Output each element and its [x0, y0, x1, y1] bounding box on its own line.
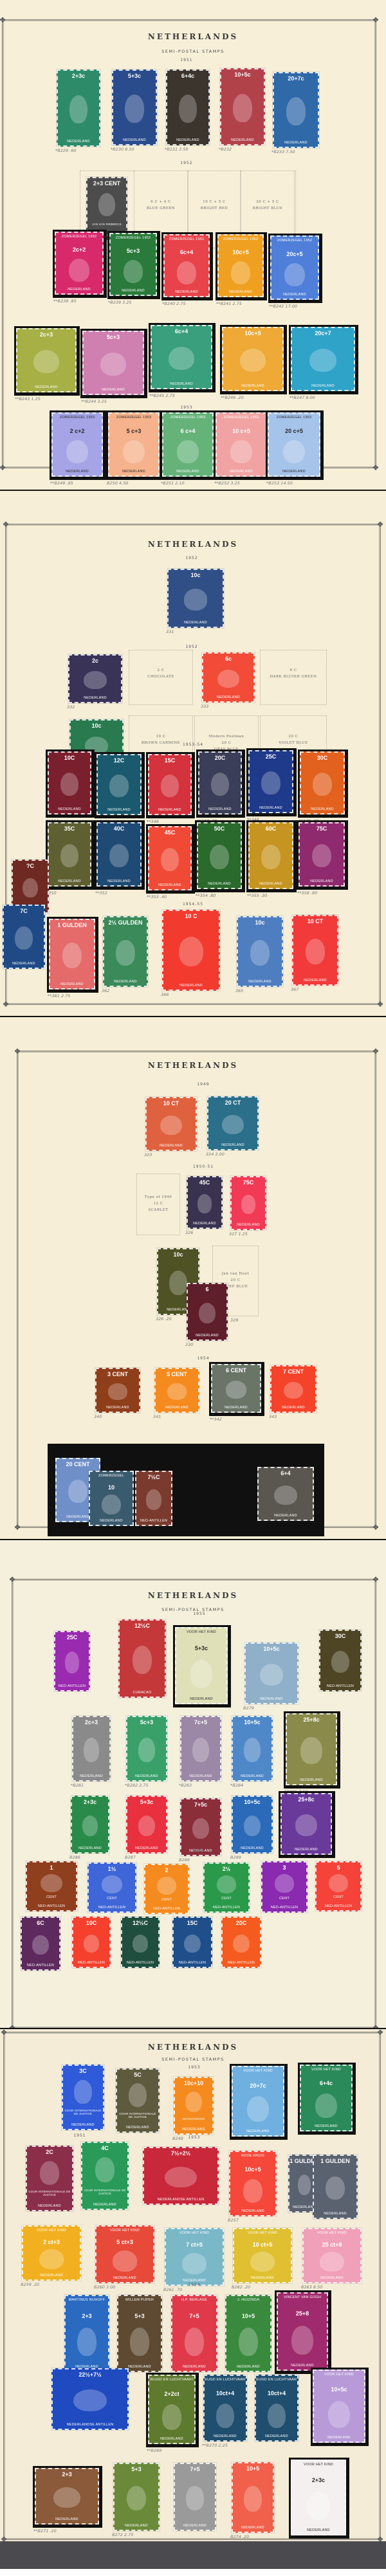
- stamp-portrait-icon: [217, 1875, 236, 1893]
- page-separator: [0, 2028, 386, 2029]
- catalogue-note: B260 3.00: [94, 2285, 115, 2290]
- stamp[interactable]: 6+4cNEDERLAND: [166, 69, 210, 145]
- stamp-denomination: 45C: [165, 827, 176, 836]
- stamp[interactable]: 10 ct+5VOOR HET KINDNEDERLAND: [233, 2228, 292, 2283]
- stamp[interactable]: 6CNED-ANTILLEN: [21, 1917, 60, 1971]
- stamp[interactable]: 5+3NEDERLAND: [113, 2463, 160, 2531]
- catalogue-note: **342: [210, 1417, 222, 1422]
- stamp-portrait-icon: [138, 1816, 155, 1837]
- stamp[interactable]: 5 CENTNEDERLAND: [154, 1368, 199, 1413]
- stamp[interactable]: 2+3NEDERLAND: [35, 2468, 99, 2525]
- stamp-portrait-icon: [244, 1816, 261, 1837]
- stamp-country: NED-ANTILLEN: [59, 1684, 86, 1690]
- stamp[interactable]: 10 CTNEDERLAND: [145, 1097, 197, 1151]
- stamp[interactable]: 12½CCURACAO: [118, 1619, 166, 1698]
- stamp-denomination: 50C: [214, 823, 225, 832]
- stamp[interactable]: 7 CENTNEDERLAND: [270, 1365, 317, 1413]
- stamp[interactable]: 5c+3NEDERLAND: [82, 331, 144, 395]
- stamp-portrait-icon: [198, 1194, 212, 1213]
- stamp-country: NEDERLAND: [183, 2524, 207, 2530]
- stamp[interactable]: 75CNEDERLAND: [299, 822, 345, 887]
- stamp-portrait-icon: [233, 1935, 250, 1953]
- catalogue-note: *B284: [230, 1783, 243, 1788]
- stamp[interactable]: 7CNEDERLAND: [3, 905, 45, 969]
- stamp-portrait-icon: [286, 97, 306, 125]
- stamp[interactable]: 2CENTNED-ANTILLEN: [144, 1864, 189, 1914]
- stamp-country: NEDERLAND: [295, 1848, 318, 1854]
- stamp-portrait-icon: [184, 1935, 201, 1953]
- space-denomination: 2 C: [129, 667, 193, 674]
- stamp[interactable]: 7c+5NEDERLAND: [180, 1716, 221, 1781]
- stamp[interactable]: 2+3cNEDERLAND: [57, 69, 100, 147]
- stamp[interactable]: 2c+3NEDERLAND: [72, 1716, 111, 1781]
- stamp-country: NEDERLAND: [58, 807, 81, 813]
- page-title: NETHERLANDS: [0, 1061, 386, 1070]
- stamp[interactable]: 5CENTNED-ANTILLEN: [315, 1861, 362, 1911]
- catalogue-note: 324 2.00: [206, 1152, 225, 1157]
- page-title: NETHERLANDS: [0, 2043, 386, 2052]
- stamp[interactable]: 12½CNED-ANTILLEN: [121, 1917, 160, 1968]
- stamp[interactable]: 25+8cNEDERLAND: [280, 1793, 332, 1855]
- stamp[interactable]: 10c+5ZOMERZEGEL 1952NEDERLAND: [217, 234, 264, 297]
- catalogue-note: B288: [179, 1857, 190, 1863]
- stamp[interactable]: 25+8cNEDERLAND: [286, 1713, 337, 1785]
- stamp-country: NEDERLAND: [304, 979, 327, 984]
- stamp[interactable]: 1 GULDENNEDERLAND: [49, 919, 95, 989]
- stamp[interactable]: 15CNED-ANTILLEN: [172, 1917, 212, 1968]
- stamp-header: WILLEM PIJPER: [125, 2296, 154, 2302]
- stamp-denomination: 30C: [317, 753, 328, 761]
- stamp-country: NEDERLAND: [282, 1406, 305, 1412]
- stamp-portrait-icon: [260, 1664, 282, 1686]
- stamp-denomination: 2+3 CENT: [93, 178, 120, 187]
- stamp-portrait-icon: [190, 1660, 212, 1688]
- stamp[interactable]: 25CNED-ANTILLEN: [54, 1631, 90, 1691]
- catalogue-note: B262 .20: [232, 2285, 250, 2290]
- stamp-portrait-icon: [177, 261, 196, 284]
- stamp[interactable]: 2+2ctJEUGD EN LUCHTVAARTNEDERLAND: [148, 2375, 196, 2444]
- stamp[interactable]: 2c+3NEDERLAND: [16, 328, 77, 392]
- stamp-portrait-icon: [33, 350, 59, 373]
- stamp[interactable]: 25CNEDERLAND: [248, 750, 293, 813]
- catalogue-note: **B249 .85: [50, 481, 73, 486]
- stamp-portrait-icon: [283, 440, 305, 463]
- stamp-portrait-icon: [240, 349, 266, 372]
- stamp[interactable]: 45CNEDERLAND: [187, 1176, 223, 1229]
- stamp-country: NEDERLAND: [100, 1519, 123, 1525]
- stamp[interactable]: 6+4cVOOR HET KINDNEDERLAND: [300, 2065, 353, 2131]
- stamp[interactable]: 20 CTNEDERLAND: [207, 1096, 259, 1150]
- stamp-caption: WATERSNOOD: [183, 2117, 205, 2122]
- stamp-denomination: 10c+10: [184, 2078, 203, 2086]
- stamp-portrait-icon: [109, 775, 128, 797]
- stamp-portrait-icon: [275, 1874, 294, 1893]
- stamp[interactable]: 22½+7½NEDERLANDSE ANTILLEN: [51, 2368, 129, 2430]
- stamp[interactable]: 10c+10WATERSNOODNEDERLAND: [174, 2077, 214, 2135]
- stamp-country: NEDERLAND: [225, 1406, 248, 1412]
- space-denomination: 6 C + 4 C: [134, 199, 188, 205]
- stamp[interactable]: 20CNED-ANTILLEN: [221, 1917, 261, 1968]
- corner-ornament-icon: ❖: [1, 520, 10, 529]
- stamp-header: VOOR HET KIND: [317, 2229, 347, 2235]
- stamp-portrait-icon: [185, 2328, 204, 2356]
- stamp-portrait-icon: [109, 844, 128, 867]
- stamp-denomination: 7½C: [147, 1472, 160, 1480]
- year-label: 1952: [161, 161, 212, 165]
- stamp-denomination: 75C: [243, 1177, 254, 1186]
- empty-space-description: 6 C + 4 CBLUE GREEN: [134, 199, 188, 212]
- stamp-country: NEDERLAND: [78, 1846, 102, 1852]
- corner-ornament-icon: ❖: [376, 520, 385, 529]
- stamp[interactable]: 7+5H.P. BERLAGENEDERLAND: [171, 2295, 217, 2372]
- stamp-portrait-icon: [165, 2167, 197, 2188]
- stamp[interactable]: 5CCOUR INTERNATIONALE DE JUSTICENEDERLAN…: [116, 2068, 160, 2133]
- corner-ornament-icon: ❖: [376, 2029, 385, 2037]
- stamp-denomination: 6: [205, 1284, 208, 1293]
- stamp[interactable]: 5+3cVOOR HET KINDNEDERLAND: [175, 1627, 228, 1704]
- stamp-header: ZOMERZEGEL 1953: [116, 414, 151, 419]
- stamp[interactable]: 10 CTNEDERLAND: [292, 915, 338, 986]
- stamp[interactable]: 10ct+4JEUGD EN LUCHTVAARTNEDERLAND: [203, 2375, 247, 2442]
- stamp-country: NEDERLAND: [135, 1846, 158, 1852]
- stamp-header: ZOMERZEGEL 1952: [169, 235, 204, 241]
- stamp[interactable]: 10+5cNEDERLAND: [220, 68, 265, 145]
- stamp-denomination: 60C: [266, 823, 277, 832]
- stamp-denomination: 5 ct+3: [116, 2237, 133, 2245]
- stamp[interactable]: 25+8VINCENT VAN GOGHNEDERLAND: [277, 2292, 328, 2371]
- stamp[interactable]: 5+3cNEDERLAND: [126, 1796, 167, 1854]
- stamp-portrait-icon: [233, 94, 252, 122]
- stamp-denomination: 2C: [46, 2147, 53, 2155]
- stamp-portrait-icon: [274, 1486, 298, 1505]
- stamp[interactable]: 10c+5RODE KRUISNEDERLAND: [229, 2151, 277, 2216]
- stamp-denomination: 10c: [255, 917, 264, 926]
- stamp-denomination: 5+3: [134, 2311, 144, 2319]
- stamp[interactable]: 35CNEDERLAND: [48, 822, 91, 887]
- stamp-denomination: 2 c+2: [70, 426, 85, 434]
- stamp-header: J. HUIZINGA: [237, 2296, 259, 2302]
- stamp[interactable]: 6NEDERLAND: [187, 1283, 228, 1341]
- stamp[interactable]: 2cNEDERLAND: [68, 654, 122, 703]
- stamp[interactable]: 5c+3ZOMERZEGEL 1952NEDERLAND: [109, 233, 157, 296]
- stamp[interactable]: 20+7cNEDERLAND: [273, 72, 319, 148]
- stamp[interactable]: 2+3MARTINUS NIJHOFFNEDERLAND: [64, 2295, 109, 2372]
- stamp-denomination: 10c: [190, 570, 200, 578]
- stamp-denomination: 7 CENT: [283, 1366, 304, 1375]
- stamp-denomination: 25+8: [296, 2308, 309, 2317]
- stamp-denomination: 6c+4: [175, 326, 188, 335]
- catalogue-note: 332: [67, 704, 75, 710]
- corner-ornament-icon: ❖: [371, 1523, 380, 1532]
- stamp-country: NEDERLAND: [193, 1222, 216, 1228]
- stamp-portrait-icon: [123, 440, 144, 463]
- stamp-country: NEDERLAND: [241, 1774, 264, 1780]
- stamp-portrait-icon: [138, 1738, 155, 1762]
- stamp[interactable]: 10CNED-ANTILLEN: [72, 1917, 111, 1968]
- stamp[interactable]: 10+5cVOOR HET KINDNEDERLAND: [313, 2369, 365, 2443]
- stamp-denomination: 2c+3: [85, 1717, 98, 1725]
- stamp-unit: CENT: [279, 1897, 289, 1902]
- stamp-country: NEDERLAND: [68, 288, 91, 293]
- stamp-country: NED-ANTILLEN: [38, 1904, 65, 1910]
- catalogue-note: B272 2.75: [112, 2532, 133, 2537]
- stamp[interactable]: 5 c+3ZOMERZEGEL 1953NEDERLAND: [108, 412, 160, 477]
- stamp-country: NEDERLAND: [113, 2276, 136, 2282]
- stamp-portrait-icon: [60, 844, 78, 867]
- stamp[interactable]: 10+5cNEDERLAND: [244, 1642, 299, 1704]
- stamp-denomination: 25C: [67, 1632, 78, 1641]
- stamp-portrait-icon: [199, 1303, 216, 1324]
- stamp-country: NEDERLAND: [259, 806, 282, 812]
- stamp[interactable]: 6 CENTNEDERLAND: [211, 1364, 261, 1413]
- stamp[interactable]: 7+5NEDERLAND: [174, 2463, 216, 2531]
- stamp-country: NEDERLAND: [251, 2276, 274, 2282]
- stamp-denomination: 3: [282, 1863, 286, 1871]
- stamp[interactable]: 30CNEDERLAND: [300, 751, 345, 814]
- stamp[interactable]: 10+5cNEDERLAND: [232, 1716, 273, 1781]
- stamp-denomination: 20+7c: [250, 2081, 266, 2089]
- year-label: 1953: [161, 405, 212, 410]
- stamp-country: NEDERLAND: [241, 384, 264, 390]
- space-caption: Modern Postman: [194, 733, 259, 740]
- stamp-denomination: 10 C: [185, 911, 197, 919]
- stamp[interactable]: 7½CNED-ANTILLEN: [135, 1471, 172, 1526]
- catalogue-note: *B230 8.50: [111, 147, 134, 152]
- year-label: 1953-54: [167, 742, 219, 747]
- stamp-denomination: 10+5c: [244, 1717, 260, 1725]
- stamp-country: NEDERLAND: [106, 1406, 129, 1412]
- stamp-portrait-icon: [331, 1651, 349, 1673]
- corner-ornament-icon: ❖: [0, 463, 7, 472]
- stamp-country: NEDERLAND: [60, 982, 84, 988]
- stamp-portrait-icon: [41, 1874, 62, 1892]
- album-page-2: ❖❖❖❖NETHERLANDS195210cNEDERLAND33119522 …: [0, 490, 386, 1017]
- stamp[interactable]: 5c+3NEDERLAND: [126, 1716, 167, 1781]
- stamp[interactable]: 2½ GULDENNEDERLAND: [103, 916, 148, 987]
- stamp-portrait-icon: [95, 2157, 115, 2182]
- stamp-header: ZOMERZEGEL 1952: [62, 233, 96, 239]
- stamp[interactable]: 2+3cNEDERLAND: [71, 1796, 109, 1854]
- stamp[interactable]: 2½CENTNED-ANTILLEN: [203, 1863, 250, 1913]
- stamp[interactable]: 6cNEDERLAND: [202, 652, 255, 703]
- stamp-country: NEDERLAND: [170, 382, 193, 388]
- stamp[interactable]: 10+5cNEDERLAND: [232, 1796, 273, 1854]
- stamp[interactable]: 3 CENTNEDERLAND: [95, 1368, 140, 1413]
- catalogue-note: 327 1.25: [229, 1231, 248, 1237]
- stamp-portrait-icon: [84, 671, 106, 688]
- stamp-portrait-icon: [124, 260, 143, 283]
- stamp-country: NEDERLAND: [176, 470, 199, 475]
- stamp[interactable]: 10 CNEDERLAND: [162, 910, 220, 991]
- stamp[interactable]: 2CCOUR INTERNATIONALE DE JUSTICENEDERLAN…: [26, 2146, 73, 2211]
- stamp[interactable]: 20c+5ZOMERZEGEL 1952NEDERLAND: [270, 235, 319, 300]
- stamp-portrait-icon: [211, 773, 229, 796]
- stamp-country: NEDERLAND: [284, 141, 308, 147]
- stamp[interactable]: 10cNEDERLAND: [237, 916, 283, 987]
- stamp-denomination: 10+5: [246, 2463, 259, 2472]
- stamp-portrait-icon: [326, 2176, 344, 2200]
- space-color-name: CHOCOLATE: [129, 674, 193, 680]
- stamp-country: NED-ANTILLEN: [153, 1907, 180, 1913]
- stamp-country: NEDERLAND: [126, 2126, 149, 2131]
- stamp[interactable]: 30CNED-ANTILLEN: [319, 1630, 362, 1691]
- empty-space-description: 10 C + 5 CBRIGHT RED: [188, 199, 241, 212]
- stamp-denomination: 7+5: [190, 2464, 199, 2472]
- stamp[interactable]: 12CNEDERLAND: [96, 754, 142, 815]
- stamp[interactable]: 50CNEDERLAND: [197, 822, 242, 889]
- stamp[interactable]: 5+3WILLEM PIJPERNEDERLAND: [117, 2295, 162, 2372]
- stamp-country: NED-ANTILLEN: [228, 1961, 255, 1967]
- stamp-country: NEDERLAND: [237, 2365, 260, 2371]
- stamp[interactable]: 20+7cVOOR HET KINDNEDERLAND: [232, 2066, 284, 2137]
- stamp-country: NEDERLANDSE ANTILLEN: [67, 2423, 114, 2429]
- stamp-country: CURACAO: [133, 1691, 152, 1697]
- stamp[interactable]: 5 ct+3VOOR HET KINDNEDERLAND: [95, 2225, 154, 2283]
- stamp-header: JEUGD EN LUCHTVAART: [255, 2376, 299, 2382]
- stamp-country: NEDERLAND: [237, 1223, 260, 1229]
- corner-ornament-icon: ❖: [376, 2535, 385, 2541]
- stamp[interactable]: 15CNEDERLAND: [148, 754, 192, 815]
- stamp[interactable]: 20 c+5ZOMERZEGEL 1953NEDERLAND: [268, 412, 320, 477]
- stamp[interactable]: 60CNEDERLAND: [248, 822, 293, 889]
- stamp-country: NEDERLANDSE ANTILLEN: [158, 2198, 205, 2203]
- stamp-country: NEDERLAND: [311, 384, 335, 390]
- stamp-portrait-icon: [320, 2252, 345, 2272]
- stamp[interactable]: 20c+7NEDERLAND: [291, 327, 355, 391]
- stamp[interactable]: 2 ct+3VOOR HET KINDNEDERLAND: [22, 2225, 81, 2281]
- stamp[interactable]: 40CNEDERLAND: [96, 822, 142, 887]
- page-separator: [0, 1016, 386, 1017]
- stamp[interactable]: 6+4NEDERLAND: [257, 1467, 314, 1521]
- space-denomination: 6 C: [260, 667, 327, 674]
- stamp-denomination: 7+5c: [194, 1799, 207, 1808]
- stamp[interactable]: 3CENTNED-ANTILLEN: [261, 1861, 308, 1913]
- stamp[interactable]: 6c+4NEDERLAND: [151, 325, 212, 389]
- stamp-portrait-icon: [167, 1383, 186, 1399]
- stamp-portrait-icon: [306, 939, 325, 964]
- stamp-portrait-icon: [261, 845, 280, 869]
- stamp[interactable]: 1½CENTNED-ANTILLEN: [87, 1863, 136, 1913]
- stamp[interactable]: 6 c+4ZOMERZEGEL 1953NEDERLAND: [162, 412, 214, 477]
- stamp[interactable]: 2c+2ZOMERZEGEL 1952NEDERLAND: [55, 232, 104, 295]
- stamp-denomination: 5c+3: [107, 332, 120, 340]
- stamp[interactable]: 7+5cNEDERLAND: [180, 1798, 221, 1856]
- stamp[interactable]: 1CENTNED-ANTILLEN: [26, 1861, 77, 1911]
- stamp-country: NEDERLAND: [327, 2436, 351, 2442]
- stamp[interactable]: 45CNEDERLAND: [148, 826, 192, 890]
- year-label: 1950: [174, 1848, 225, 1853]
- stamp[interactable]: 7½+2½NEDERLANDSE ANTILLEN: [143, 2147, 219, 2205]
- stamp-portrait-icon: [15, 926, 32, 950]
- stamp-denomination: 30C: [335, 1631, 346, 1639]
- stamp-portrait-icon: [307, 2492, 330, 2519]
- stamp[interactable]: 10cNEDERLAND: [167, 569, 224, 628]
- stamp-country: NEDERLAND: [35, 385, 58, 391]
- stamp-portrait-icon: [129, 2083, 147, 2106]
- stamp-denomination: 3 CENT: [107, 1369, 128, 1377]
- stamp-denomination: 20C: [236, 1918, 247, 1926]
- album-page-3: ❖❖❖❖NETHERLANDS194910 CTNEDERLAND32320 C…: [0, 1017, 386, 1540]
- year-label: 1952: [166, 645, 217, 649]
- stamp-portrait-icon: [328, 2401, 350, 2428]
- catalogue-note: 340: [94, 1414, 102, 1419]
- stamp-header: ZOMERZEGEL 1953: [60, 414, 95, 419]
- stamp[interactable]: 25 ct+8VOOR HET KINDNEDERLAND: [302, 2228, 362, 2283]
- catalogue-note: 362: [102, 988, 109, 993]
- stamp-country: NEDERLAND: [182, 2128, 205, 2133]
- catalogue-note: *B229 .60: [55, 148, 77, 153]
- stamp-portrait-icon: [162, 2404, 182, 2430]
- stamp-portrait-icon: [73, 2389, 106, 2412]
- stamp-denomination: 2½ GULDEN: [108, 917, 142, 926]
- catalogue-note: *B251 2.10: [161, 481, 185, 486]
- stamp[interactable]: 10 c+5ZOMERZEGEL 1953NEDERLAND: [216, 412, 267, 477]
- stamp-country: NEDERLAND: [208, 807, 232, 813]
- stamp-unit: CENT: [161, 1898, 172, 1904]
- stamp[interactable]: 10ZOMERZEGELNEDERLAND: [89, 1471, 134, 1526]
- stamp[interactable]: 10c+5NEDERLAND: [222, 327, 284, 391]
- stamp[interactable]: 2 c+2ZOMERZEGEL 1953NEDERLAND: [51, 412, 103, 477]
- stamp-denomination: 10ct+4: [268, 2388, 286, 2397]
- stamp[interactable]: 10+5J. HUIZINGANEDERLAND: [225, 2295, 271, 2372]
- stamp-denomination: 25+8c: [298, 1794, 314, 1803]
- stamp-denomination: 6c: [225, 654, 232, 662]
- stamp-denomination: 20c+5: [286, 249, 302, 257]
- catalogue-note: B287: [125, 1855, 136, 1860]
- stamp[interactable]: 2+3cVOOR HET KINDNEDERLAND: [291, 2460, 346, 2535]
- stamp[interactable]: 10+5NEDERLAND: [232, 2462, 274, 2533]
- stamp-denomination: 20+7c: [288, 73, 304, 82]
- stamp[interactable]: 4CCOUR INTERNATIONALE DE JUSTICENEDERLAN…: [81, 2142, 129, 2210]
- stamp-portrait-icon: [192, 1738, 209, 1762]
- stamp-country: NEDERLAND: [114, 980, 137, 986]
- stamp-country: NEDERLAND: [265, 2434, 288, 2440]
- stamp-denomination: 22½+7½: [78, 2369, 101, 2378]
- stamp[interactable]: 10CNEDERLAND: [48, 751, 91, 814]
- stamp[interactable]: 20CNEDERLAND: [198, 751, 242, 814]
- stamp[interactable]: 5+3cNEDERLAND: [112, 69, 157, 145]
- stamp-denomination: 5c+3: [140, 1717, 153, 1725]
- stamp-country: NEDERLAND: [158, 808, 181, 814]
- stamp-country: NEDERLAND: [179, 984, 203, 989]
- stamp-caption: COUR INTERNATIONALE DE JUSTICE: [117, 2112, 158, 2121]
- stamp-denomination: 2c: [92, 656, 98, 664]
- stamp-header: VOOR HET KIND: [187, 1628, 216, 1634]
- stamp-denomination: 5 c+3: [127, 426, 142, 434]
- corner-ornament-icon: ❖: [371, 15, 380, 24]
- stamp-header: VOOR HET KIND: [311, 2066, 341, 2072]
- stamp-portrait-icon: [291, 2326, 313, 2355]
- stamp[interactable]: 1 GULDENNEDERLAND: [313, 2155, 358, 2219]
- stamp-portrait-icon: [231, 261, 250, 284]
- stamp-denomination: 6C: [37, 1918, 44, 1926]
- stamp-portrait-icon: [243, 2179, 263, 2203]
- scan-background-strip: [0, 2541, 386, 2569]
- stamp[interactable]: 75CNEDERLAND: [230, 1176, 266, 1230]
- stamp[interactable]: 10ct+4JEUGD EN LUCHTVAARTNEDERLAND: [255, 2375, 299, 2442]
- stamp-portrait-icon: [100, 353, 126, 376]
- stamp-portrait-icon: [125, 95, 143, 122]
- stamp-country: NEDERLAND: [165, 1406, 188, 1412]
- stamp[interactable]: 3CCOUR INTERNATIONALE DE JUSTICENEDERLAN…: [62, 2065, 104, 2130]
- stamp-country: NEDERLAND: [107, 879, 131, 885]
- stamp[interactable]: 6c+4ZOMERZEGEL 1952NEDERLAND: [163, 234, 210, 297]
- catalogue-note: B257: [228, 2218, 239, 2223]
- stamp-country: NEDERLAND: [274, 1514, 297, 1520]
- stamp-denomination: 20 c+5: [285, 426, 303, 434]
- stamp[interactable]: 7 ct+5VOOR HET KINDNEDERLAND: [165, 2228, 224, 2286]
- stamp-denomination: 2½: [223, 1864, 231, 1872]
